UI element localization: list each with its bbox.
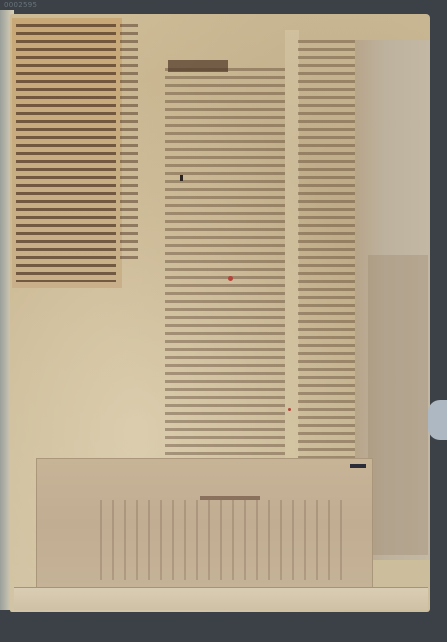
right-text-column xyxy=(298,40,360,465)
dark-tab-mark xyxy=(350,464,366,468)
bookmark-tab xyxy=(428,400,447,440)
catalog-number-label: 0002595 xyxy=(4,1,37,9)
central-text-column xyxy=(165,68,285,463)
bottom-fold xyxy=(14,587,428,610)
red-initial-mark xyxy=(228,276,233,281)
red-initial-mark xyxy=(288,408,291,411)
column-heading-rubric xyxy=(168,60,228,72)
right-flap-stain xyxy=(368,255,428,555)
left-strip-handwriting xyxy=(16,24,116,282)
lower-slip-faded-text xyxy=(100,500,350,580)
left-strip-handwriting-edge xyxy=(120,24,138,264)
vellum-hole xyxy=(180,175,183,181)
column-gutter xyxy=(285,30,299,470)
